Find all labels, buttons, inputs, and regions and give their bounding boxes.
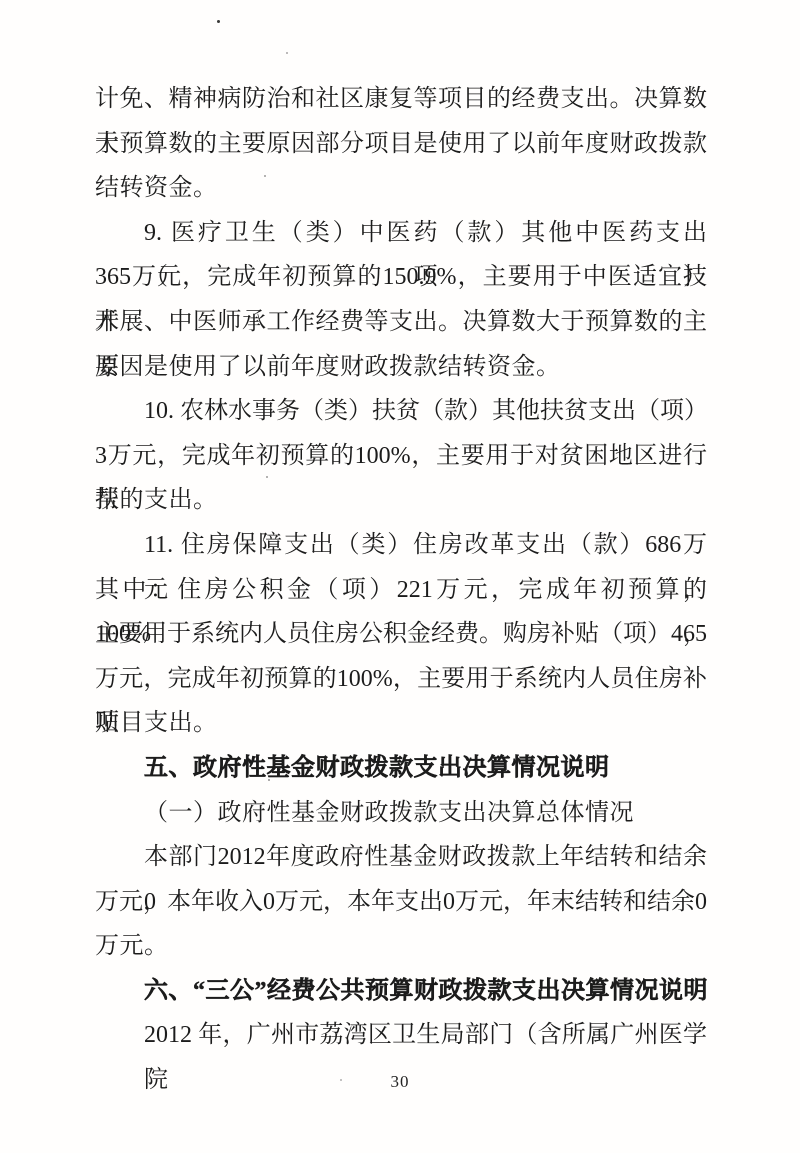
document-page: 计免、精神病防治和社区康复等项目的经费支出。决算数大 于预算数的主要原因部分项目… — [0, 0, 800, 1153]
body-line: 365万元，完成年初预算的150.9%，主要用于中医适宜技术 — [95, 255, 707, 300]
scan-speck — [217, 20, 220, 23]
scan-speck — [286, 52, 288, 54]
body-line: 开展、中医师承工作经费等支出。决算数大于预算数的主要 — [95, 300, 707, 345]
section-6-heading: 六、“三公”经费公共预算财政拨款支出决算情况说明 — [95, 969, 707, 1014]
body-line: 万元，完成年初预算的100%，主要用于系统内人员住房补贴 — [95, 657, 707, 702]
body-line: 万元，本年收入0万元，本年支出0万元，年末结转和结余0 — [95, 880, 707, 925]
body-line: 3万元，完成年初预算的100%，主要用于对贫困地区进行帮 — [95, 434, 707, 479]
text-block: 计免、精神病防治和社区康复等项目的经费支出。决算数大 于预算数的主要原因部分项目… — [95, 77, 707, 1058]
body-line: 原因是使用了以前年度财政拨款结转资金。 — [95, 345, 707, 390]
body-line: 计免、精神病防治和社区康复等项目的经费支出。决算数大 — [95, 77, 707, 122]
body-line: 项目支出。 — [95, 701, 707, 746]
body-line: 扶的支出。 — [95, 478, 707, 523]
body-line: 其中：住房公积金（项）221万元，完成年初预算的100%， — [95, 568, 707, 613]
body-line: 万元。 — [95, 924, 707, 969]
item-9-line: 9. 医疗卫生（类）中医药（款）其他中医药支出（项） — [95, 211, 707, 256]
body-line: 本部门2012年度政府性基金财政拨款上年结转和结余0 — [95, 835, 707, 880]
body-line: 于预算数的主要原因部分项目是使用了以前年度财政拨款 — [95, 122, 707, 167]
item-11-line: 11. 住房保障支出（类）住房改革支出（款）686万元， — [95, 523, 707, 568]
page-number: 30 — [0, 1072, 800, 1092]
body-line: 主要用于系统内人员住房公积金经费。购房补贴（项）465 — [95, 612, 707, 657]
body-line: 2012 年，广州市荔湾区卫生局部门（含所属广州医学院 — [95, 1013, 707, 1058]
body-line: 结转资金。 — [95, 166, 707, 211]
subsection-5-1-heading: （一）政府性基金财政拨款支出决算总体情况 — [95, 791, 707, 836]
section-5-heading: 五、政府性基金财政拨款支出决算情况说明 — [95, 746, 707, 791]
item-10-line: 10. 农林水事务（类）扶贫（款）其他扶贫支出（项） — [95, 389, 707, 434]
